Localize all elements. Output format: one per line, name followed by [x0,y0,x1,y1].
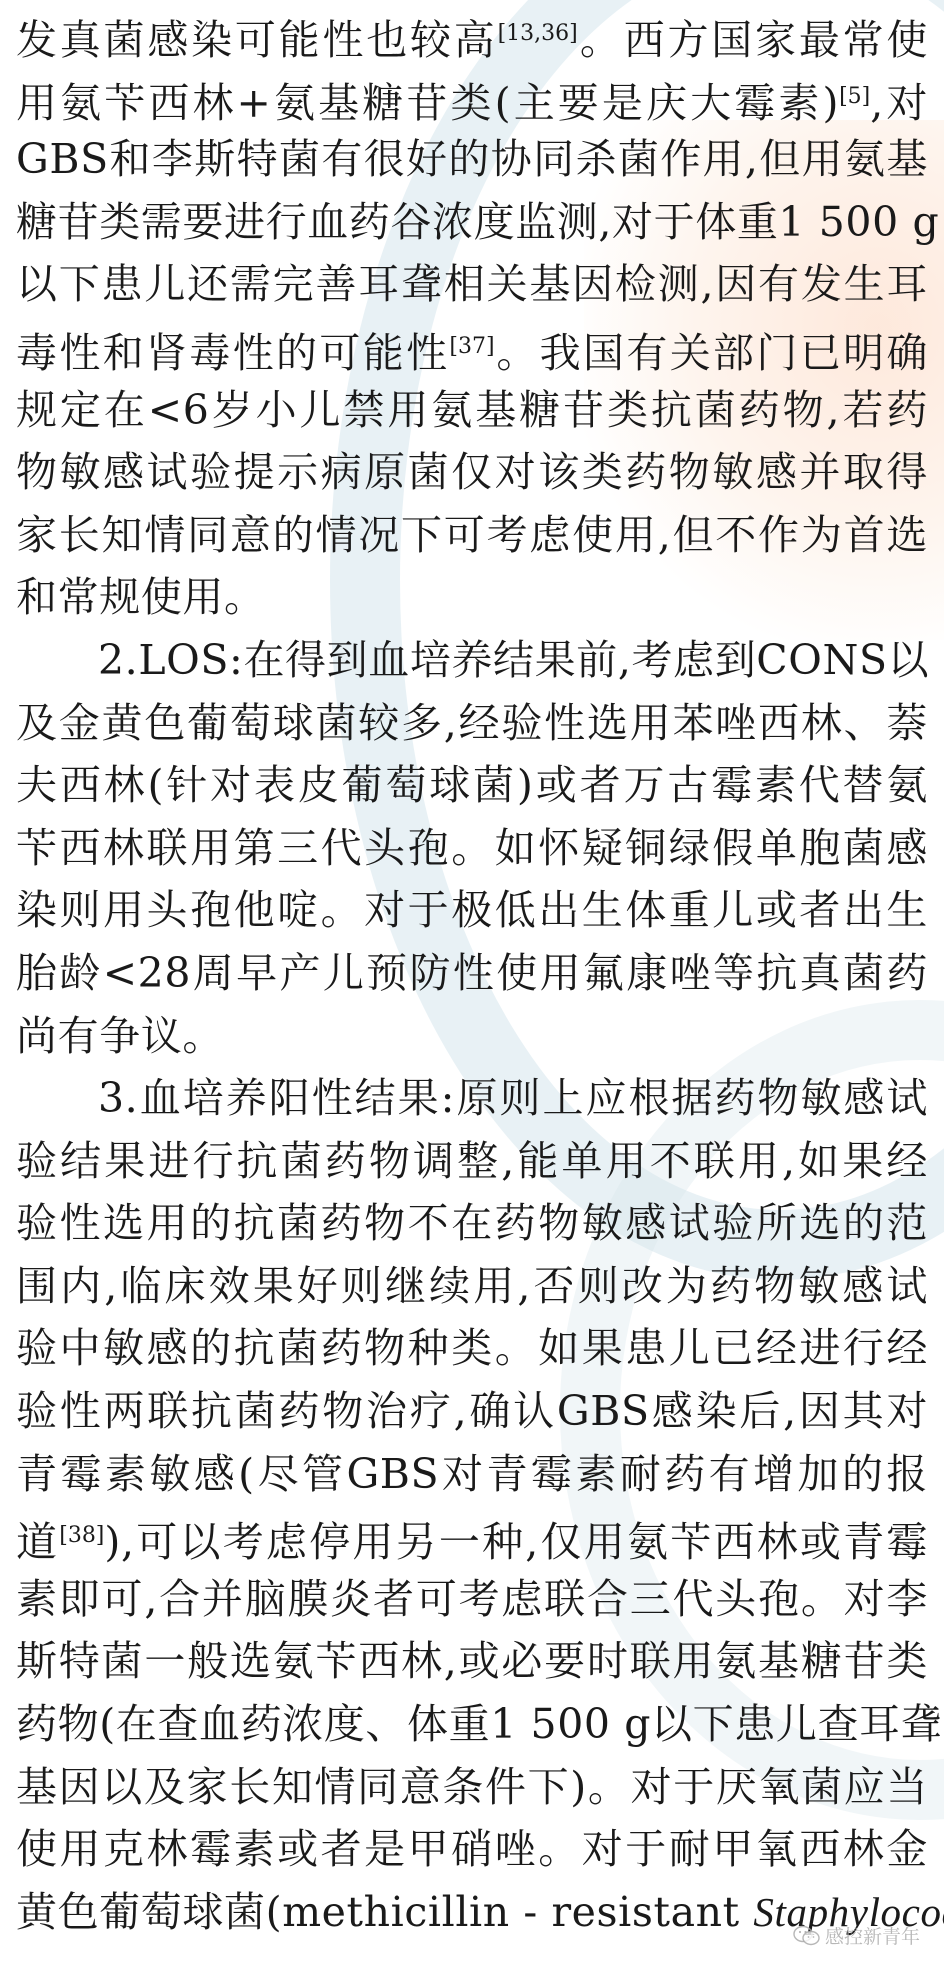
text-line: 尚有争议。 [16,1005,928,1068]
text-line: 规定在<6岁小儿禁用氨基糖苷类抗菌药物,若药 [16,379,928,442]
text-line: 物敏感试验提示病原菌仅对该类药物敏感并取得 [16,441,928,504]
text-line: 和常规使用。 [16,566,928,629]
text-line: 2.LOS:在得到血培养结果前,考虑到CONS以 [16,629,928,692]
wechat-account-name: 感控新青年 [825,1922,920,1949]
text-segment: 基因以及家长知情同意条件下)。对于厌氧菌应当 [16,1763,928,1811]
text-segment: 验结果进行抗菌药物调整,能单用不联用,如果经 [16,1137,928,1185]
text-segment: 及金黄色葡萄球菌较多,经验性选用苯唑西林、萘 [16,699,928,747]
text-line: 苄西林联用第三代头孢。如怀疑铜绿假单胞菌感 [16,817,928,880]
text-segment: 用氨苄西林+氨基糖苷类(主要是庆大霉素) [16,79,839,127]
citation-reference: [5] [839,84,870,109]
text-line: 用氨苄西林+氨基糖苷类(主要是庆大霉素)[5],对 [16,66,928,129]
text-line: 使用克林霉素或者是甲硝唑。对于耐甲氧西林金 [16,1818,928,1881]
text-segment: 胎龄<28周早产儿预防性使用氟康唑等抗真菌药 [16,949,928,997]
citation-reference: [13,36] [498,21,578,46]
text-line: 验结果进行抗菌药物调整,能单用不联用,如果经 [16,1130,928,1193]
text-line: 3.血培养阳性结果:原则上应根据药物敏感试 [16,1067,928,1130]
citation-reference: [38] [59,1523,104,1548]
text-line: 素即可,合并脑膜炎者可考虑联合三代头孢。对李 [16,1568,928,1631]
text-line: 染则用头孢他啶。对于极低出生体重儿或者出生 [16,879,928,942]
text-segment: 使用克林霉素或者是甲硝唑。对于耐甲氧西林金 [16,1825,928,1873]
text-segment: 。西方国家最常使 [578,16,928,64]
text-segment: 道 [16,1518,59,1566]
text-line: 及金黄色葡萄球菌较多,经验性选用苯唑西林、萘 [16,692,928,755]
text-line: 围内,临床效果好则继续用,否则改为药物敏感试 [16,1255,928,1318]
text-segment: 斯特菌一般选氨苄西林,或必要时联用氨基糖苷类 [16,1637,928,1685]
text-line: 验性选用的抗菌药物不在药物敏感试验所选的范 [16,1192,928,1255]
text-line: 黄色葡萄球菌(methicillin - resistant Staphyloc… [16,1881,928,1944]
wechat-watermark: 感控新青年 [793,1922,920,1949]
text-line: 发真菌感染可能性也较高[13,36]。西方国家最常使 [16,3,928,66]
text-segment: 染则用头孢他啶。对于极低出生体重儿或者出生 [16,886,928,934]
text-segment: 验性选用的抗菌药物不在药物敏感试验所选的范 [16,1199,928,1247]
text-segment: 。我国有关部门已明确 [495,329,928,377]
text-line: GBS和李斯特菌有很好的协同杀菌作用,但用氨基 [16,128,928,191]
text-segment: 规定在<6岁小儿禁用氨基糖苷类抗菌药物,若药 [16,386,928,434]
text-line: 道[38]),可以考虑停用另一种,仅用氨苄西林或青霉 [16,1505,928,1568]
text-line: 斯特菌一般选氨苄西林,或必要时联用氨基糖苷类 [16,1630,928,1693]
text-segment: 苄西林联用第三代头孢。如怀疑铜绿假单胞菌感 [16,824,928,872]
text-segment: 青霉素敏感(尽管GBS对青霉素耐药有增加的报 [16,1450,928,1498]
text-line: 糖苷类需要进行血药谷浓度监测,对于体重1 500 g [16,191,928,254]
text-segment: 家长知情同意的情况下可考虑使用,但不作为首选 [16,511,928,559]
text-segment: 药物(在查血药浓度、体重1 500 g以下患儿查耳聋 [16,1700,942,1748]
text-segment: 围内,临床效果好则继续用,否则改为药物敏感试 [16,1262,928,1310]
text-segment: GBS和李斯特菌有很好的协同杀菌作用,但用氨基 [16,135,928,183]
text-segment: 物敏感试验提示病原菌仅对该类药物敏感并取得 [16,448,928,496]
text-segment: 3.血培养阳性结果:原则上应根据药物敏感试 [98,1074,928,1122]
text-line: 夫西林(针对表皮葡萄球菌)或者万古霉素代替氨 [16,754,928,817]
text-line: 基因以及家长知情同意条件下)。对于厌氧菌应当 [16,1756,928,1819]
text-segment: 素即可,合并脑膜炎者可考虑联合三代头孢。对李 [16,1575,928,1623]
text-segment: 验性两联抗菌药物治疗,确认GBS感染后,因其对 [16,1387,928,1435]
document-body: 发真菌感染可能性也较高[13,36]。西方国家最常使用氨苄西林+氨基糖苷类(主要… [16,0,928,1943]
text-line: 胎龄<28周早产儿预防性使用氟康唑等抗真菌药 [16,942,928,1005]
text-segment: ),可以考虑停用另一种,仅用氨苄西林或青霉 [104,1518,928,1566]
text-segment: 和常规使用。 [16,573,266,621]
text-segment: 2.LOS:在得到血培养结果前,考虑到CONS以 [98,636,929,684]
text-line: 毒性和肾毒性的可能性[37]。我国有关部门已明确 [16,316,928,379]
text-line: 青霉素敏感(尽管GBS对青霉素耐药有增加的报 [16,1443,928,1506]
text-line: 药物(在查血药浓度、体重1 500 g以下患儿查耳聋 [16,1693,928,1756]
text-segment: 黄色葡萄球菌(methicillin - resistant [16,1888,753,1936]
text-segment: 糖苷类需要进行血药谷浓度监测,对于体重1 500 g [16,198,939,246]
text-segment: 毒性和肾毒性的可能性 [16,329,449,377]
text-segment: 尚有争议。 [16,1012,224,1060]
text-line: 验性两联抗菌药物治疗,确认GBS感染后,因其对 [16,1380,928,1443]
citation-reference: [37] [449,334,494,359]
text-line: 以下患儿还需完善耳聋相关基因检测,因有发生耳 [16,253,928,316]
text-line: 家长知情同意的情况下可考虑使用,但不作为首选 [16,504,928,567]
wechat-icon [793,1925,821,1947]
text-segment: 以下患儿还需完善耳聋相关基因检测,因有发生耳 [16,260,928,308]
text-segment: 夫西林(针对表皮葡萄球菌)或者万古霉素代替氨 [16,761,928,809]
text-segment: 发真菌感染可能性也较高 [16,16,498,64]
text-line: 验中敏感的抗菌药物种类。如果患儿已经进行经 [16,1317,928,1380]
text-segment: ,对 [870,79,928,127]
text-segment: 验中敏感的抗菌药物种类。如果患儿已经进行经 [16,1324,928,1372]
